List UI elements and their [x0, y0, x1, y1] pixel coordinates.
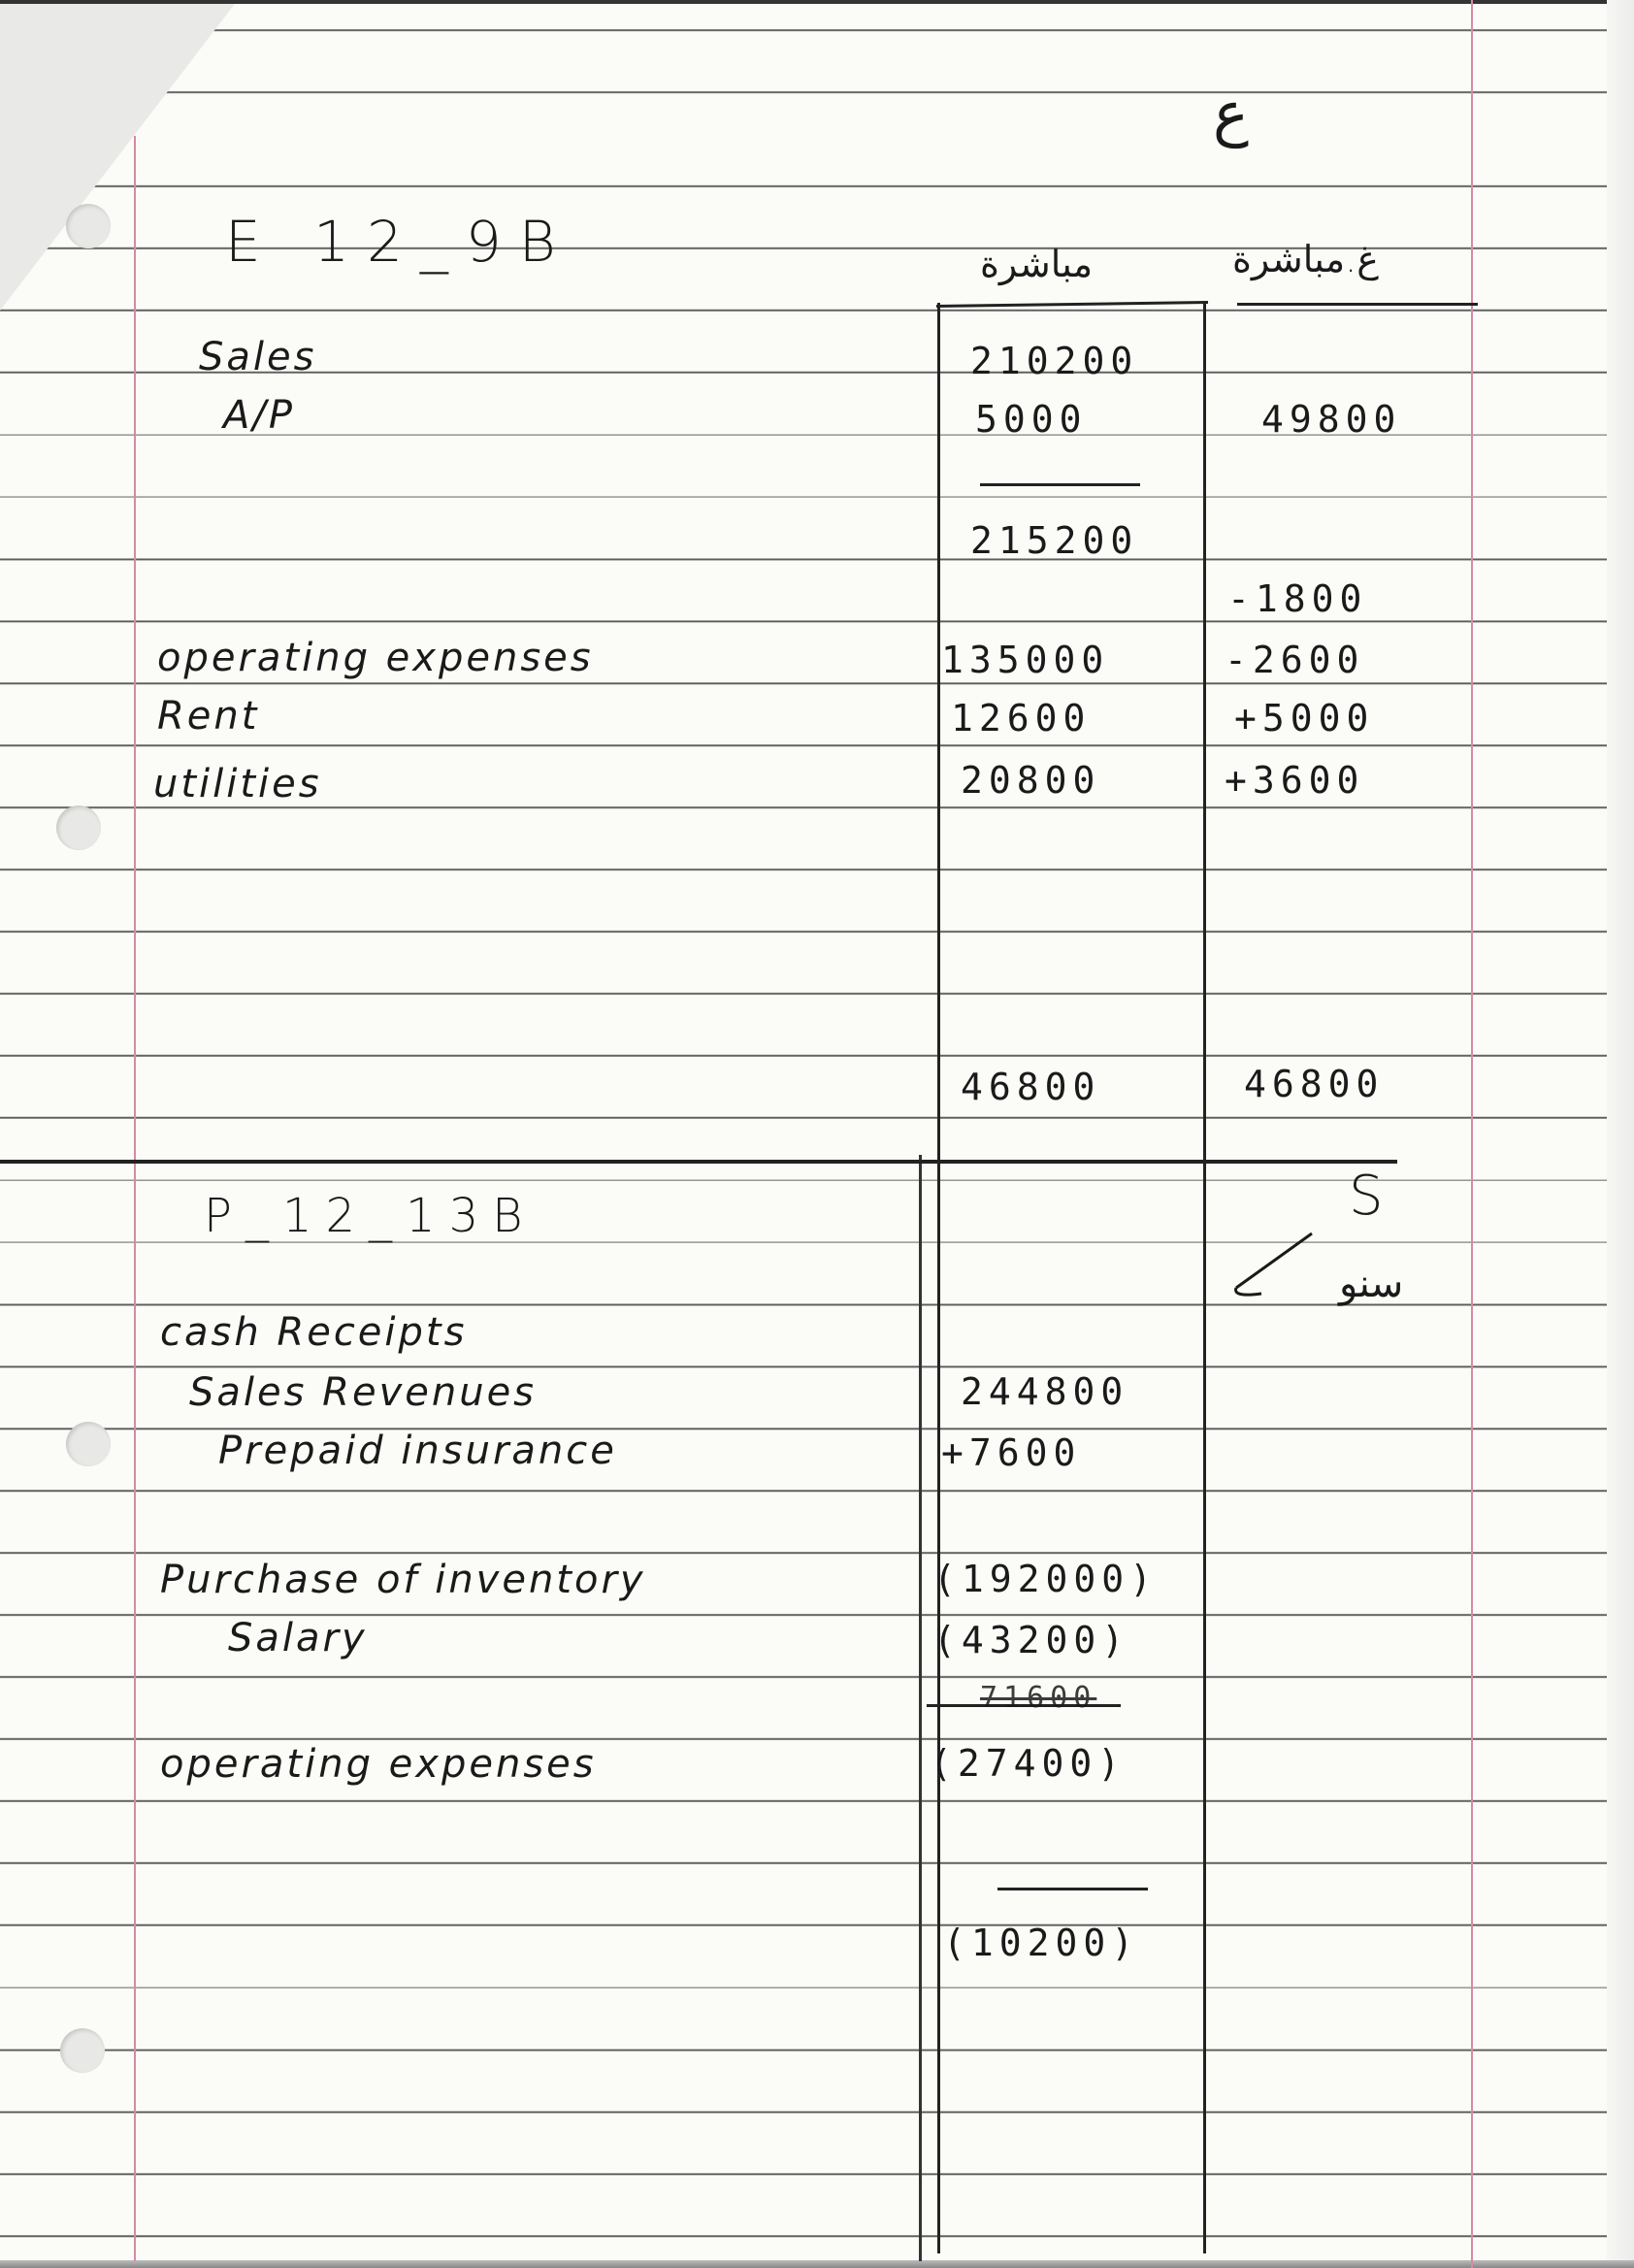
row-value-direct: 135000	[941, 639, 1109, 681]
column-header-direct: مباشرة	[980, 243, 1093, 285]
scan-edge-bottom	[0, 2260, 1634, 2268]
row-label: cash Receipts	[160, 1310, 467, 1355]
row-value-indirect: -2600	[1225, 639, 1364, 681]
total-indirect: 46800	[1244, 1063, 1384, 1105]
row-label: Sales Revenues	[189, 1370, 537, 1415]
right-margin-line	[1471, 0, 1473, 2268]
column-header-indirect: غ.مباشرة	[1232, 238, 1379, 280]
row-value-indirect: 49800	[1261, 398, 1401, 441]
row-label: Rent	[157, 694, 259, 739]
arrow-icon	[1223, 1228, 1320, 1305]
row-value-direct: 20800	[961, 759, 1100, 802]
total-direct: 46800	[961, 1066, 1100, 1108]
subtotal-rule	[980, 483, 1140, 486]
punch-hole	[56, 805, 101, 850]
header-rule	[1237, 303, 1478, 306]
row-value-direct: 210200	[970, 340, 1138, 382]
row-label: Salary	[228, 1616, 368, 1660]
row-value-direct: 5000	[975, 398, 1088, 441]
column-divider	[919, 1155, 922, 2261]
section-divider	[0, 1160, 1397, 1164]
row-value-indirect: -1800	[1227, 577, 1367, 620]
row-label: operating expenses	[160, 1742, 597, 1787]
note-mark: S	[1349, 1165, 1386, 1228]
row-value: +7600	[941, 1431, 1081, 1474]
punch-hole	[66, 204, 111, 248]
row-label: Sales	[199, 335, 316, 379]
row-label: operating expenses	[157, 636, 594, 680]
row-value-direct: 12600	[951, 697, 1091, 740]
column-divider	[937, 303, 940, 2253]
row-value-indirect: +3600	[1225, 759, 1364, 802]
row-value-indirect: +5000	[1234, 697, 1374, 740]
total-rule	[997, 1888, 1148, 1890]
row-value: (43200)	[933, 1619, 1129, 1661]
punch-hole	[66, 1422, 111, 1466]
row-value-direct: 215200	[970, 519, 1138, 562]
exercise-title: E 12_9B	[225, 209, 573, 275]
punch-hole	[60, 2028, 105, 2073]
row-label: Prepaid insurance	[218, 1429, 617, 1473]
row-value: (27400)	[930, 1742, 1126, 1785]
scan-edge-top	[0, 0, 1634, 4]
total-value: (10200)	[943, 1922, 1139, 1964]
left-margin-line	[134, 136, 136, 2261]
column-divider	[1203, 303, 1206, 2253]
problem-title: P_12_13B	[204, 1189, 537, 1243]
row-value: 244800	[961, 1370, 1128, 1413]
page-marker: ع	[1213, 78, 1249, 148]
row-label: A/P	[223, 393, 295, 438]
row-label: Purchase of inventory	[160, 1558, 646, 1602]
row-label: utilities	[153, 762, 322, 806]
row-value: (192000)	[933, 1558, 1158, 1600]
struck-value: 71600	[980, 1681, 1096, 1715]
note-word: سنو	[1339, 1262, 1403, 1306]
scan-edge-right	[1607, 0, 1634, 2268]
